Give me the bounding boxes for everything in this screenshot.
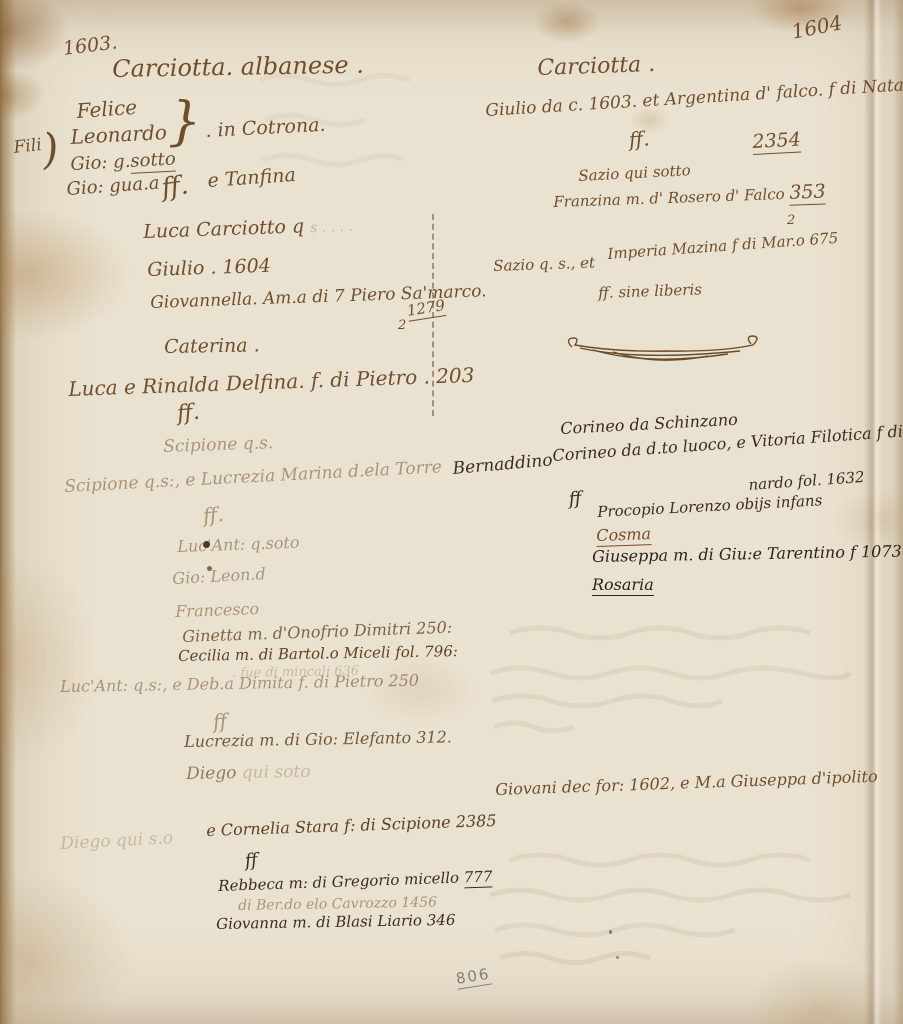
entry-sine-liberis: ff. sine liberis — [598, 282, 702, 301]
entry-diego: Diego qui soto — [186, 764, 311, 783]
entry-luca-rinalda: Luca e Rinalda Delfina. f. di Pietro . 2… — [68, 365, 475, 399]
grouping-brace: } — [168, 96, 201, 148]
margin-label: Fili — [13, 135, 43, 158]
entry-nardo-fol: nardo fol. 1632 — [748, 470, 865, 493]
entry-text: Franzina m. d' Rosero d' Falco — [553, 185, 790, 211]
entry-giuseppa: Giuseppa m. di Giu:e Tarentino f 1073 — [592, 544, 902, 565]
entry-tanfina: e Tanfina — [207, 166, 296, 191]
entry-cosma: Cosma — [596, 526, 651, 544]
entry-scipione: Scipione q.s. — [163, 435, 274, 456]
folio-number-2354: 2354 — [752, 130, 801, 152]
entry-giovanna: Giovanna m. di Blasi Liario 346 — [216, 913, 456, 932]
entry-sazio-qui-sotto: Sazio qui sotto — [578, 163, 691, 184]
entry-text: Rebbeca m: di Gregorio micello — [218, 868, 464, 895]
entry-text: Gio: g. — [70, 151, 131, 175]
entry-ginetta: Ginetta m. d'Onofrio Dimitri 250: — [182, 620, 452, 645]
entry-text: Diego — [186, 763, 242, 784]
entry-scipione-lucrezia: Scipione q.s:, e Lucrezia Marina d.ela T… — [64, 459, 442, 496]
entry-gio-gua: Gio: gua.a — [66, 175, 160, 199]
right-heading: Carciotta . — [537, 54, 656, 80]
number-underlined: 777 — [463, 867, 492, 888]
entry-lucrezia-elefanto: Lucrezia m. di Gio: Elefanto 312. — [184, 729, 452, 750]
entry-caterina: Caterina . — [164, 336, 260, 357]
entry-franzina: Franzina m. d' Rosero d' Falco 353 — [553, 182, 826, 210]
number-2: 2 — [398, 319, 406, 332]
manuscript-page: 1603. Carciotta. albanese . Fili) Felice… — [0, 0, 903, 1024]
entry-cornelia: e Cornelia Stara f: di Scipione 2385 — [206, 813, 497, 839]
show-through-text — [470, 840, 890, 970]
number: 2354 — [752, 128, 802, 154]
entry-sazio-2: Sazio q. s., et — [493, 255, 595, 274]
ff-mark: ff. — [202, 504, 225, 526]
flourish-divider — [558, 333, 768, 369]
heading-corineo-schinzano: Corineo da Schinzano — [560, 412, 738, 437]
entry-text: Luc'Ant: q.s:, e Deb.a Dimita f. di — [60, 672, 329, 696]
entry-text-underlined: Rosaria — [592, 575, 654, 596]
ff-mark: ff — [568, 490, 582, 509]
entry-leonardo: Leonardo — [70, 122, 167, 147]
entry-gio-sotto: Gio: g.sotto — [70, 150, 176, 173]
entry-giulio-argentina: Giulio da c. 1603. et Argentina d' falco… — [485, 76, 903, 120]
folio-year-right: 1604 — [790, 12, 844, 41]
pencil-folio-number: 806 — [455, 967, 492, 987]
folio-year-left: 1603. — [62, 33, 118, 58]
show-through-text — [480, 615, 880, 745]
entry-procopio: Procopio Lorenzo obijs infans — [597, 493, 823, 520]
entry-lucant-dimita: Luc'Ant: q.s:, e Deb.a Dimita f. di Piet… — [60, 673, 419, 695]
entry-bernardino: Bernaddino — [452, 452, 553, 478]
number: 1279 — [406, 296, 447, 322]
entry-lucant: Luc'Ant: q.soto — [177, 535, 300, 555]
left-heading: Carciotta. albanese . — [112, 53, 364, 81]
ff-mark: ff — [244, 852, 259, 871]
entry-diego-faded: Diego qui s.o — [60, 830, 173, 853]
entry-rebbeca: Rebbeca m: di Gregorio micello 777 — [218, 869, 493, 894]
entry-text-faded: qui soto — [242, 762, 311, 783]
entry-cecilia: Cecilia m. di Bartol.o Miceli fol. 796: — [178, 644, 458, 664]
entry-giovani-ipolito: Giovani dec for: 1602, e M.a Giuseppa d'… — [495, 769, 878, 798]
entry-text-dark: Pietro 250 — [334, 671, 419, 691]
folio-number-1279: 1279 — [406, 298, 446, 319]
entry-rosaria: Rosaria — [592, 577, 654, 593]
ff-mark: ff — [212, 711, 228, 732]
entry-francesco: Francesco — [175, 601, 259, 620]
number: 806 — [455, 965, 492, 990]
entry-text-underlined: Cosma — [596, 524, 651, 547]
entry-text-underlined: sotto — [130, 148, 177, 173]
margin-note-fili: Fili) — [12, 127, 61, 173]
entry-cavrozzo: di Ber.do elo Cavrozzo 1456 — [238, 896, 437, 913]
entry-text: Luca Carciotto q — [143, 215, 305, 243]
ff-mark: ff. — [176, 402, 201, 426]
margin-bracket: ) — [40, 123, 61, 173]
entry-text-faded: s . . . . — [310, 219, 353, 236]
entry-imperia: Imperia Mazina f di Mar.o 675 — [607, 231, 839, 262]
ff-mark: ff. — [160, 172, 190, 201]
entry-giulio-1604: Giulio . 1604 — [147, 257, 271, 280]
number-2: 2 — [787, 214, 795, 227]
number-underlined: 353 — [789, 180, 826, 205]
entry-felice: Felice — [76, 97, 138, 121]
entry-luca-carciotto: Luca Carciotto q s . . . . — [143, 216, 353, 242]
ff-mark: ff. — [628, 128, 650, 150]
entry-gio-leon: Gio: Leon.d — [172, 566, 266, 587]
